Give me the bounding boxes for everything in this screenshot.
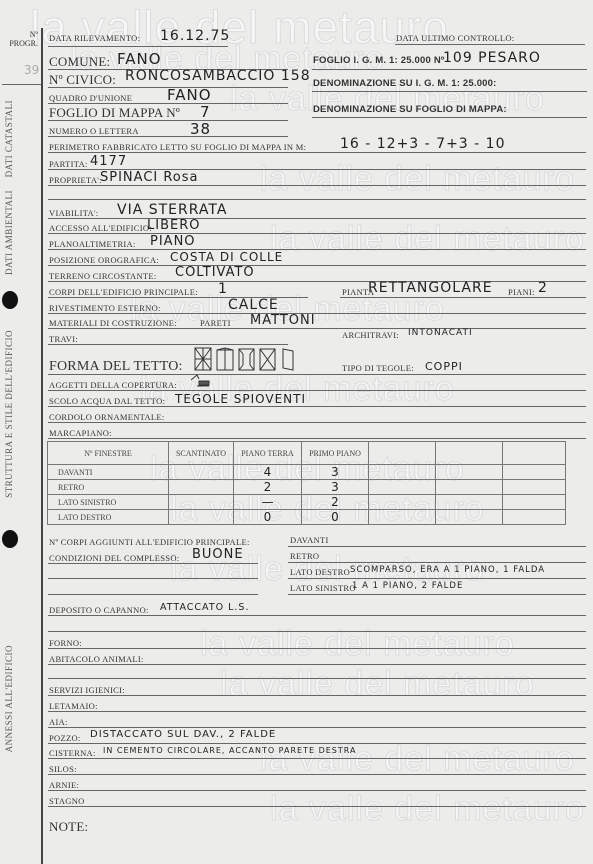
- margin-line: [41, 28, 43, 864]
- data-ultimo-controllo-label: DATA ULTIMO CONTROLLO:: [396, 33, 514, 43]
- architravi-label: ARCHITRAVI:: [342, 330, 399, 340]
- materiali-value[interactable]: MATTONI: [250, 313, 316, 328]
- roof-shapes-icon[interactable]: [193, 346, 298, 372]
- piani-label: PIANI:: [508, 287, 535, 297]
- section-label-ambientali: DATI AMBIENTALI: [4, 190, 14, 275]
- table-row: RETRO 2 3: [48, 480, 566, 495]
- comune-value[interactable]: FANO: [117, 50, 162, 68]
- deposito-value[interactable]: ATTACCATO L.S.: [160, 602, 250, 613]
- perimetro-value[interactable]: 16 - 12+3 - 7+3 - 10: [340, 136, 505, 152]
- table-row: LATO DESTRO 0 0: [48, 510, 566, 525]
- condizioni-value[interactable]: BUONE: [192, 547, 244, 562]
- forno-label: FORNO:: [49, 638, 82, 648]
- aia-label: AIA:: [49, 717, 68, 727]
- planoaltimetria-value[interactable]: PIANO: [150, 234, 196, 249]
- pozzo-label: POZZO:: [49, 733, 81, 743]
- cisterna-label: CISTERNA:: [49, 748, 96, 758]
- proprieta-value[interactable]: SPINACI Rosa: [100, 170, 199, 185]
- condizioni-label: CONDIZIONI DEL COMPLESSO:: [49, 553, 179, 563]
- marcapiano-label: MARCAPIANO:: [49, 428, 112, 438]
- denom-igm-label: DENOMINAZIONE SU I. G. M. 1: 25.000:: [313, 78, 497, 89]
- silos-label: SILOS:: [49, 764, 77, 774]
- aggiunti-lato-destro-value[interactable]: SCOMPARSO, ERA A 1 PIANO, 1 FALDA: [350, 565, 545, 575]
- punch-hole: [2, 291, 18, 309]
- posizione-value[interactable]: COSTA DI COLLE: [170, 250, 283, 264]
- proprieta-label: PROPRIETA':: [49, 175, 102, 185]
- tipo-tegole-label: TIPO DI TEGOLE:: [342, 363, 414, 373]
- terreno-value[interactable]: COLTIVATO: [175, 265, 255, 280]
- aggiunti-lato-destro-label: LATO DESTRO: [290, 567, 350, 577]
- section-label-annessi: ANNESSI ALL'EDIFICIO: [4, 645, 14, 752]
- partita-value[interactable]: 4177: [90, 154, 127, 169]
- civico-label: Nº CIVICO:: [49, 72, 116, 88]
- accesso-value[interactable]: LIBERO: [147, 218, 200, 233]
- table-header: Nº FINESTRE SCANTINATO PIANO TERRA PRIMO…: [48, 442, 566, 465]
- abitacolo-label: ABITACOLO ANIMALI:: [49, 654, 144, 664]
- section-label-struttura: STRUTTURA E STILE DELL'EDIFICIO: [4, 330, 14, 498]
- data-rilevamento-value[interactable]: 16.12.75: [160, 28, 230, 44]
- viabilita-value[interactable]: VIA STERRATA: [117, 202, 227, 218]
- progr-number: 39: [24, 63, 39, 77]
- watermark: la valle del metauro: [260, 160, 575, 199]
- comune-label: COMUNE:: [49, 54, 110, 70]
- aggiunti-lato-sinistro-value[interactable]: 1 A 1 PIANO, 2 FALDE: [352, 581, 463, 591]
- corpi-value[interactable]: 1: [218, 281, 228, 297]
- scolo-label: SCOLO ACQUA DAL TETTO:: [49, 396, 165, 406]
- tipo-tegole-value[interactable]: COPPI: [425, 360, 463, 373]
- note-label: NOTE:: [49, 819, 88, 835]
- quadro-label: QUADRO D'UNIONE: [49, 93, 132, 103]
- stagno-label: STAGNO: [49, 796, 85, 806]
- watermark: la valle del metauro: [220, 665, 535, 704]
- viabilita-label: VIABILITA':: [49, 208, 98, 218]
- aggetti-label: AGGETTI DELLA COPERTURA:: [49, 380, 177, 390]
- foglio-mappa-label: FOGLIO DI MAPPA Nº: [49, 105, 180, 121]
- perimetro-label: PERIMETRO FABBRICATO LETTO SU FOGLIO DI …: [49, 142, 306, 152]
- section-label-catastali: DATI CATASTALI: [4, 100, 14, 177]
- materiali-label: MATERIALI DI COSTRUZIONE:: [49, 318, 177, 328]
- foglio-igm-value[interactable]: 109 PESARO: [443, 50, 541, 66]
- aggiunti-label: Nº CORPI AGGIUNTI ALL'EDIFICIO PRINCIPAL…: [49, 537, 250, 547]
- accesso-label: ACCESSO ALL'EDIFICIO:: [49, 223, 152, 233]
- watermark: la valle del metauro: [270, 220, 585, 259]
- corpi-label: CORPI DELL'EDIFICIO PRINCIPALE:: [49, 287, 198, 297]
- planoaltimetria-label: PLANOALTIMETRIA:: [49, 239, 136, 249]
- foglio-igm-label: FOGLIO I. G. M. 1: 25.000 Nº: [313, 55, 445, 66]
- travi-label: TRAVI:: [49, 334, 78, 344]
- numero-label: NUMERO o LETTERA: [49, 126, 139, 136]
- pozzo-value[interactable]: DISTACCATO SUL DAV., 2 FALDE: [90, 729, 276, 740]
- punch-hole: [2, 530, 18, 548]
- aggiunti-lato-sinistro-label: LATO SINISTRO: [290, 583, 356, 593]
- aggiunti-davanti-label: DAVANTI: [290, 535, 329, 545]
- deposito-label: DEPOSITO o CAPANNO:: [49, 605, 149, 615]
- quadro-value[interactable]: FANO: [167, 86, 212, 104]
- piani-value[interactable]: 2: [538, 280, 548, 296]
- survey-form-page: la valle del metauro la valle del metaur…: [0, 0, 593, 864]
- table-row: LATO SINISTRO — 2: [48, 495, 566, 510]
- table-row: DAVANTI 4 3: [48, 465, 566, 480]
- divider: [2, 84, 41, 85]
- progr-label: Nº PROGR.: [8, 30, 38, 48]
- letamaio-label: LETAMAIO:: [49, 701, 98, 711]
- foglio-mappa-value[interactable]: 7: [200, 103, 211, 121]
- arnie-label: ARNIE:: [49, 780, 79, 790]
- materiali-pareti-label: PARETI: [200, 318, 231, 328]
- cisterna-value[interactable]: IN CEMENTO CIRCOLARE, ACCANTO PARETE DES…: [103, 746, 356, 755]
- pianta-value[interactable]: RETTANGOLARE: [368, 280, 493, 296]
- eave-sketch-icon: [189, 374, 211, 388]
- aggiunti-retro-label: RETRO: [290, 551, 319, 561]
- architravi-value[interactable]: INTONACATI: [408, 328, 473, 338]
- partita-label: PARTITA:: [49, 159, 88, 169]
- terreno-label: TERRENO CIRCOSTANTE:: [49, 271, 157, 281]
- cordolo-label: CORDOLO ORNAMENTALE:: [49, 412, 165, 422]
- scolo-value[interactable]: TEGOLE SPIOVENTI: [175, 392, 306, 406]
- watermark: la valle del metauro: [270, 790, 585, 829]
- windows-table: Nº FINESTRE SCANTINATO PIANO TERRA PRIMO…: [47, 441, 566, 525]
- posizione-label: POSIZIONE OROGRAFICA:: [49, 255, 159, 265]
- rivestimento-value[interactable]: CALCE: [228, 297, 279, 313]
- denom-mappa-label: DENOMINAZIONE SU FOGLIO DI MAPPA:: [313, 104, 507, 115]
- civico-value[interactable]: RONCOSAMBACCIO 158: [125, 68, 311, 84]
- forma-tetto-label: FORMA DEL TETTO:: [49, 359, 183, 375]
- rivestimento-label: RIVESTIMENTO ESTERNO:: [49, 303, 161, 313]
- servizi-label: SERVIZI IGIENICI:: [49, 685, 125, 695]
- data-rilevamento-label: DATA RILEVAMENTO:: [49, 33, 140, 43]
